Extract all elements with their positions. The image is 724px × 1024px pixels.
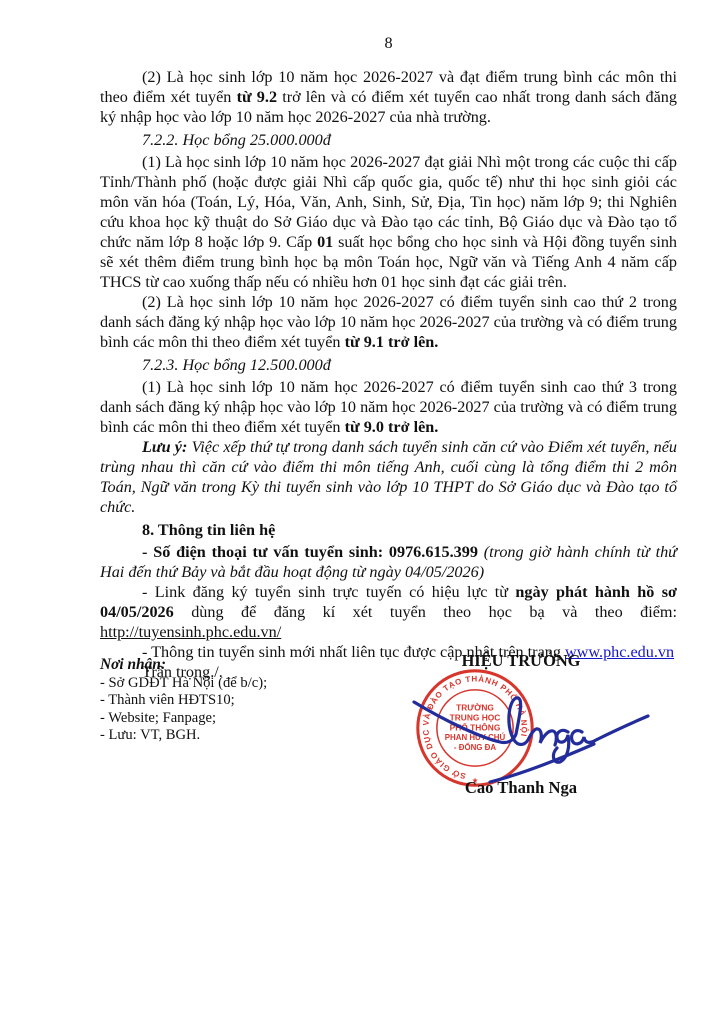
paragraph-note: Lưu ý: Việc xếp thứ tự trong danh sách t… (100, 437, 677, 517)
recipients-block: Nơi nhận: - Sở GDĐT Hà Nội (để b/c); - T… (100, 656, 267, 745)
text-run: Việc xếp thứ tự trong danh sách tuyển si… (100, 438, 677, 516)
text-run: dùng để đăng kí xét tuyển theo học bạ và… (174, 603, 677, 621)
recipient-item: - Lưu: VT, BGH. (100, 727, 267, 745)
signer-name: Cao Thanh Nga (421, 778, 621, 798)
recipients-title: Nơi nhận: (100, 656, 267, 674)
text-run-bold: 01 (317, 233, 333, 251)
paragraph-phone: - Số điện thoại tư vấn tuyển sinh: 0976.… (100, 542, 677, 582)
note-label: Lưu ý: (142, 438, 187, 456)
heading-7-2-2: 7.2.2. Học bổng 25.000.000đ (100, 130, 677, 150)
heading-contact-info: 8. Thông tin liên hệ (100, 520, 677, 540)
text-run: - Link đăng ký tuyển sinh trực tuyến có … (142, 583, 515, 601)
phone-number-text: - Số điện thoại tư vấn tuyển sinh: 0976.… (142, 543, 484, 561)
recipient-item: - Sở GDĐT Hà Nội (để b/c); (100, 675, 267, 693)
paragraph-7-2-2-item-2: (2) Là học sinh lớp 10 năm học 2026-2027… (100, 292, 677, 352)
page-number: 8 (100, 33, 677, 53)
paragraph-7-2-2-item-1: (1) Là học sinh lớp 10 năm học 2026-2027… (100, 152, 677, 292)
document-page: 8 (2) Là học sinh lớp 10 năm học 2026-20… (0, 0, 724, 1024)
text-run-bold: từ 9.1 trở lên. (345, 333, 439, 351)
recipient-item: - Website; Fanpage; (100, 710, 267, 728)
handwritten-signature-icon (412, 682, 657, 792)
text-run-bold: từ 9.0 trở lên. (345, 418, 439, 436)
registration-url-link[interactable]: http://tuyensinh.phc.edu.vn/ (100, 623, 281, 641)
paragraph-scholarship-9-2: (2) Là học sinh lớp 10 năm học 2026-2027… (100, 67, 677, 127)
recipient-item: - Thành viên HĐTS10; (100, 692, 267, 710)
paragraph-7-2-3-item-1: (1) Là học sinh lớp 10 năm học 2026-2027… (100, 377, 677, 437)
text-run-bold: từ 9.2 (237, 88, 277, 106)
heading-7-2-3: 7.2.3. Học bổng 12.500.000đ (100, 355, 677, 375)
text-column: 8 (2) Là học sinh lớp 10 năm học 2026-20… (100, 33, 677, 682)
paragraph-registration-link: - Link đăng ký tuyển sinh trực tuyến có … (100, 582, 677, 642)
